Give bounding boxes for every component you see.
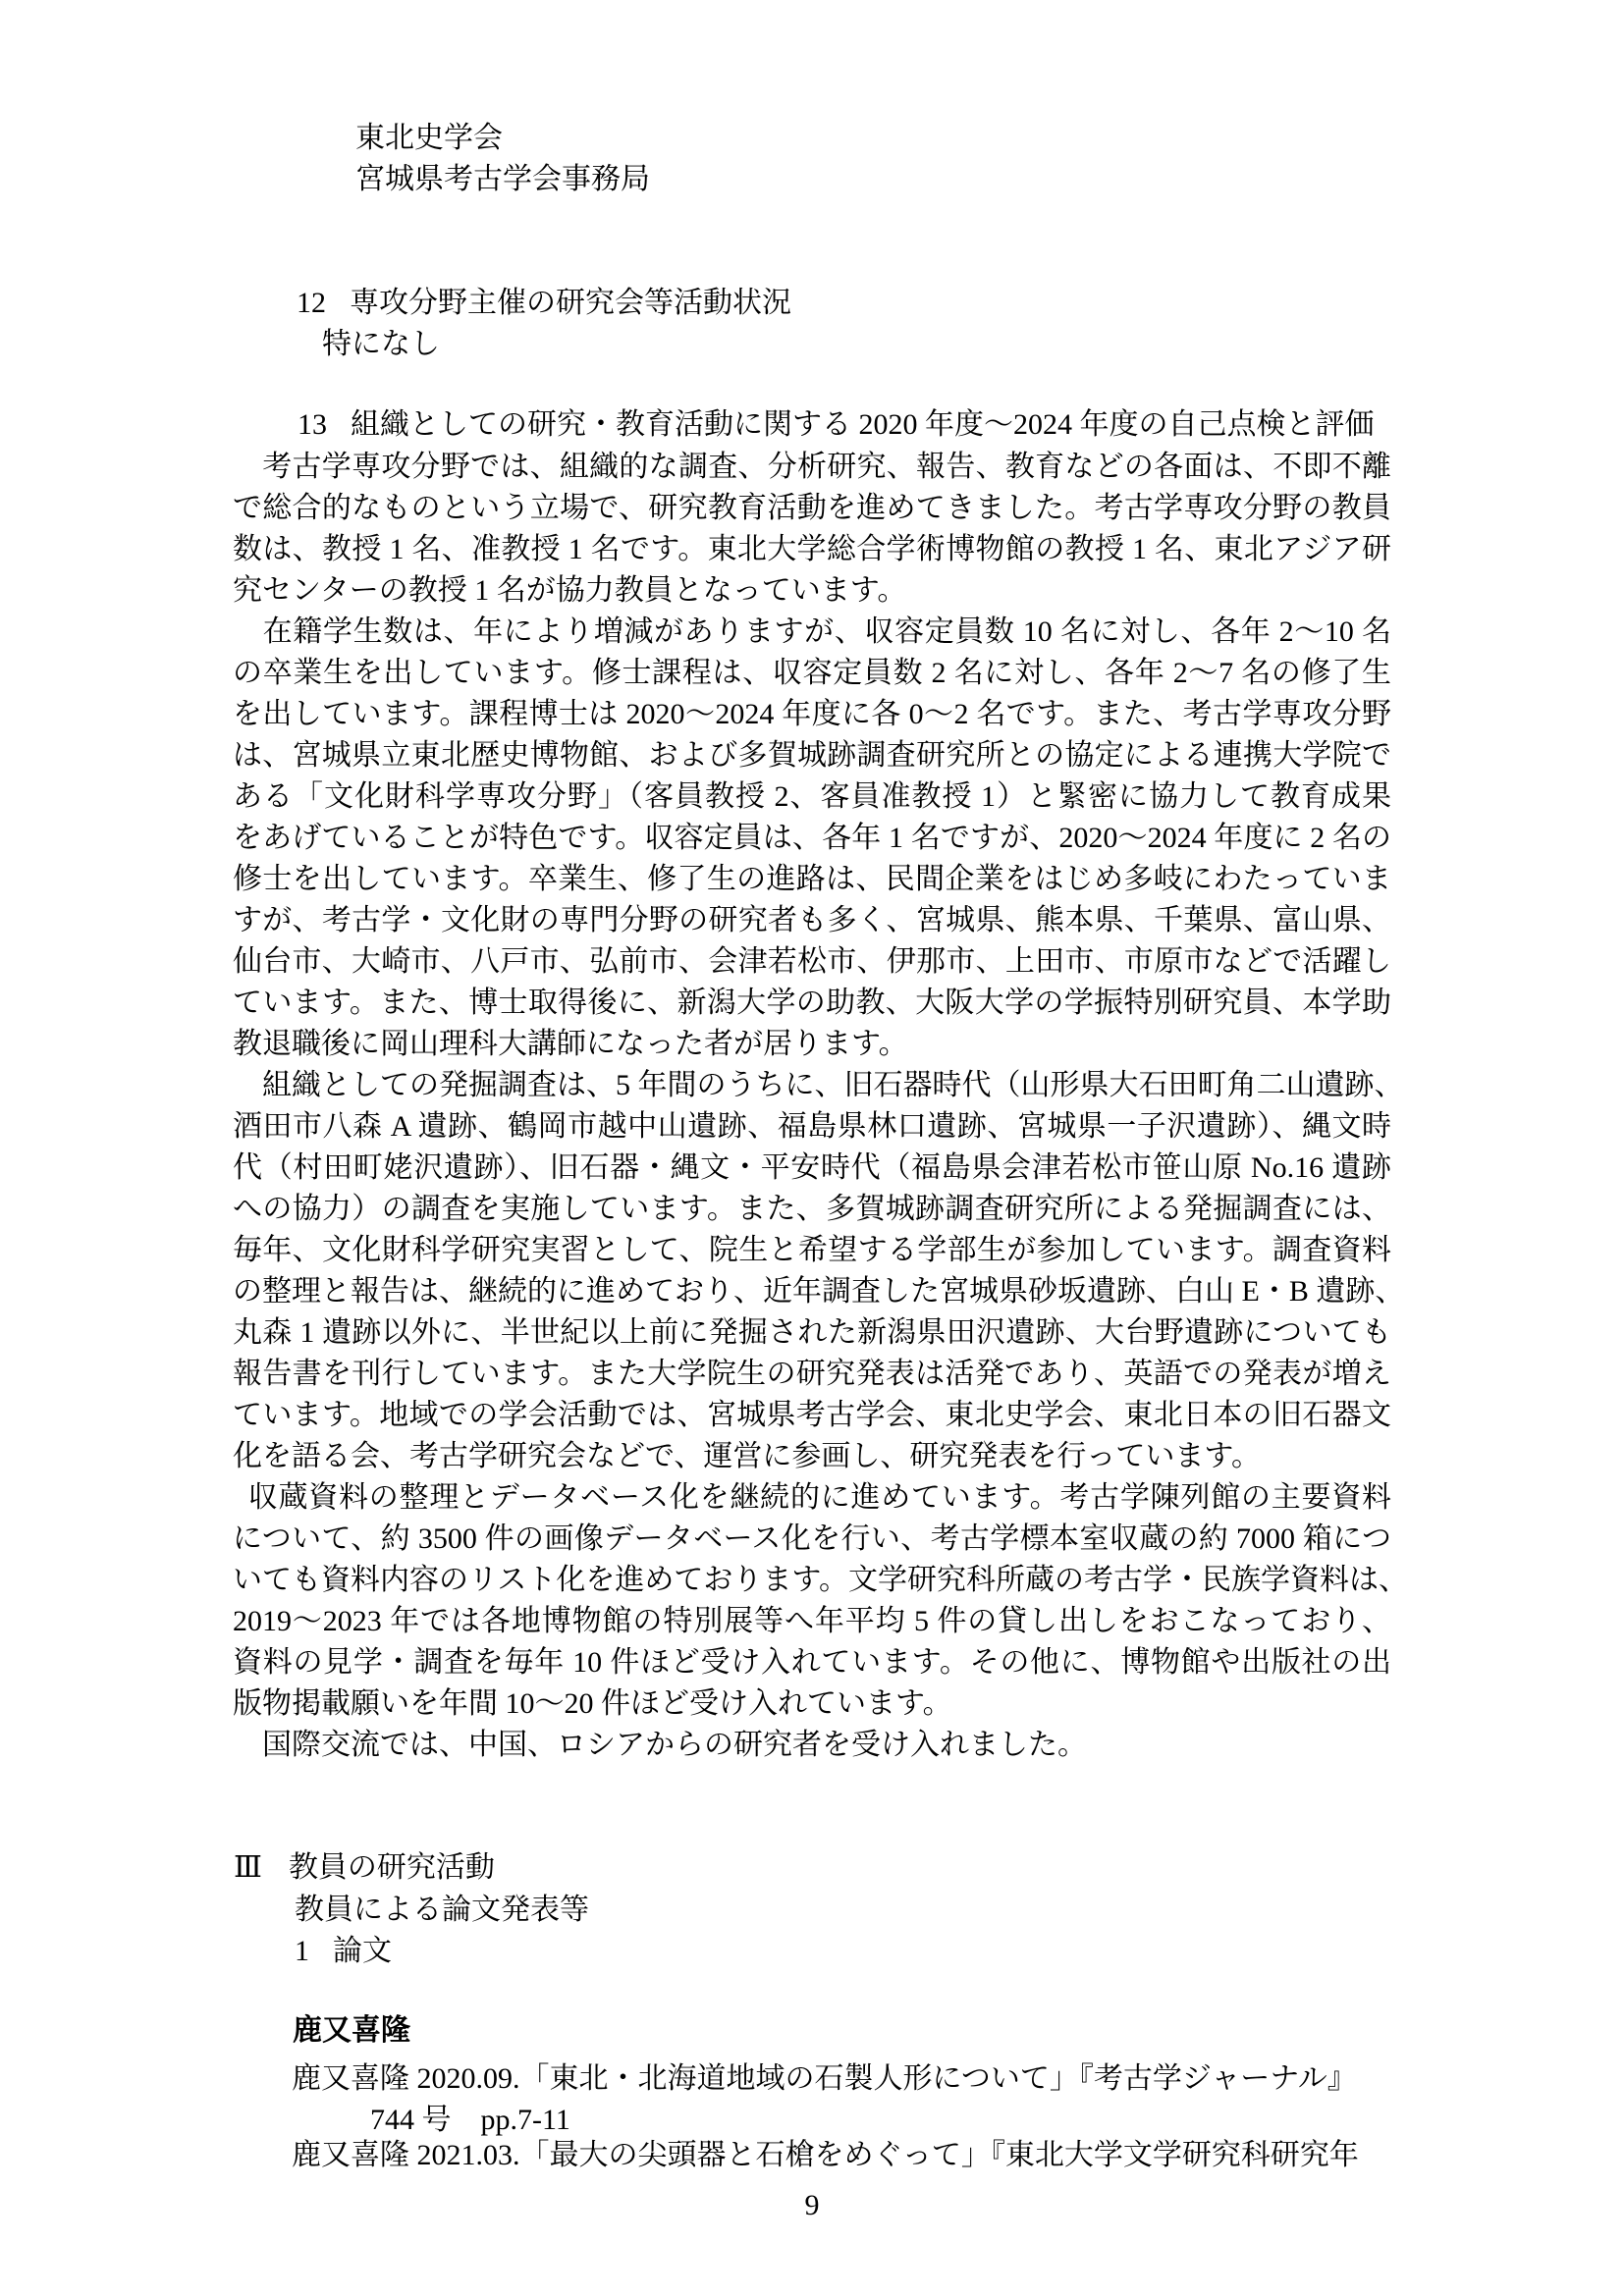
text-line: 東北史学会	[355, 118, 650, 159]
text-line: 化を語る会、考古学研究会などで、運営に参画し、研究発表を行っています。	[233, 1436, 1391, 1477]
citation-entry-2: 鹿又喜隆 2021.03.「最大の尖頭器と石槍をめぐって」『東北大学文学研究科研…	[292, 2135, 1359, 2176]
text-line: を出しています。課程博士は 2020～2024 年度に各 0～2 名です。また、…	[233, 694, 1391, 735]
text-line: について、約 3500 件の画像データベース化を行い、考古学標本室収蔵の約 70…	[233, 1519, 1391, 1560]
text-line: 究センターの教授 1 名が協力教員となっています。	[233, 570, 1391, 612]
text-line: 組織としての発掘調査は、5 年間のうちに、旧石器時代（山形県大石田町角二山遺跡、	[233, 1065, 1391, 1106]
text-line: 修士を出しています。卒業生、修了生の進路は、民間企業をはじめ多岐にわたっていま	[233, 859, 1391, 900]
document-page: 東北史学会宮城県考古学会事務局 12専攻分野主催の研究会等活動状況 特になし 1…	[0, 0, 1624, 2296]
author-name: 鹿又喜隆	[293, 2010, 410, 2052]
text-line: 版物掲載願いを年間 10～20 件ほど受け入れています。	[233, 1683, 1391, 1725]
text-line: 考古学専攻分野では、組織的な調査、分析研究、報告、教育などの各面は、不即不離	[233, 447, 1391, 488]
subsection-1-title: 論文	[333, 1935, 392, 1967]
section-13-body: 考古学専攻分野では、組織的な調査、分析研究、報告、教育などの各面は、不即不離で総…	[233, 447, 1391, 1766]
text-line: 教退職後に岡山理科大講師になった者が居ります。	[233, 1024, 1391, 1065]
section-3-heading: Ⅲ教員の研究活動	[234, 1847, 495, 1889]
text-line: の整理と報告は、継続的に進めており、近年調査した宮城県砂坂遺跡、白山 E・B 遺…	[233, 1271, 1391, 1312]
text-line: 収蔵資料の整理とデータベース化を継続的に進めています。考古学陳列館の主要資料	[233, 1477, 1391, 1519]
section-12-body: 特になし	[322, 324, 440, 365]
text-line: ある「文化財科学専攻分野」（客員教授 2、客員准教授 1）と緊密に協力して教育成…	[233, 776, 1391, 818]
text-line: いても資料内容のリスト化を進めております。文学研究科所蔵の考古学・民族学資料は、	[233, 1560, 1391, 1601]
text-line: ています。地域での学会活動では、宮城県考古学会、東北史学会、東北日本の旧石器文	[233, 1395, 1391, 1436]
text-line: すが、考古学・文化財の専門分野の研究者も多く、宮城県、熊本県、千葉県、富山県、	[233, 900, 1391, 941]
sender-block: 東北史学会宮城県考古学会事務局	[355, 118, 650, 200]
section-12-heading: 12専攻分野主催の研究会等活動状況	[297, 283, 791, 324]
text-line: 数は、教授 1 名、准教授 1 名です。東北大学総合学術博物館の教授 1 名、東…	[233, 529, 1391, 570]
section-13-number: 13	[298, 408, 327, 441]
section-12-title: 専攻分野主催の研究会等活動状況	[350, 287, 791, 319]
text-line: 宮城県考古学会事務局	[355, 159, 650, 200]
text-line: への協力）の調査を実施しています。また、多賀城跡調査研究所による発掘調査には、	[233, 1189, 1391, 1230]
section-13-heading: 13組織としての研究・教育活動に関する 2020 年度～2024 年度の自己点検…	[298, 404, 1375, 446]
text-line: 資料の見学・調査を毎年 10 件ほど受け入れています。その他に、博物館や出版社の…	[233, 1642, 1391, 1683]
subsection-1-heading: 1論文	[295, 1931, 392, 1972]
text-line: 2019～2023 年では各地博物館の特別展等へ年平均 5 件の貸し出しをおこな…	[233, 1601, 1391, 1642]
text-line: 仙台市、大崎市、八戸市、弘前市、会津若松市、伊那市、上田市、市原市などで活躍し	[233, 941, 1391, 983]
citation-entry-1: 鹿又喜隆 2020.09.「東北・北海道地域の石製人形について」『考古学ジャーナ…	[292, 2058, 1357, 2141]
text-line: ています。また、博士取得後に、新潟大学の助教、大阪大学の学振特別研究員、本学助	[233, 983, 1391, 1024]
text-line: 鹿又喜隆 2020.09.「東北・北海道地域の石製人形について」『考古学ジャーナ…	[292, 2058, 1357, 2100]
text-line: 酒田市八森 A 遺跡、鶴岡市越中山遺跡、福島県林口遺跡、宮城県一子沢遺跡）、縄文…	[233, 1106, 1391, 1148]
text-line: 代（村田町姥沢遺跡）、旧石器・縄文・平安時代（福島県会津若松市笹山原 No.16…	[233, 1148, 1391, 1189]
subsection-1-number: 1	[295, 1935, 309, 1967]
page-number: 9	[0, 2185, 1624, 2226]
text-line: 丸森 1 遺跡以外に、半世紀以上前に発掘された新潟県田沢遺跡、大台野遺跡について…	[233, 1312, 1391, 1354]
text-line: の卒業生を出しています。修士課程は、収容定員数 2 名に対し、各年 2～7 名の…	[233, 653, 1391, 694]
text-line: 報告書を刊行しています。また大学院生の研究発表は活発であり、英語での発表が増え	[233, 1354, 1391, 1395]
text-line: 在籍学生数は、年により増減がありますが、収容定員数 10 名に対し、各年 2～1…	[233, 612, 1391, 653]
text-line: 毎年、文化財科学研究実習として、院生と希望する学部生が参加しています。調査資料	[233, 1230, 1391, 1271]
section-3-title: 教員の研究活動	[289, 1851, 495, 1884]
text-line: 鹿又喜隆 2021.03.「最大の尖頭器と石槍をめぐって」『東北大学文学研究科研…	[292, 2135, 1359, 2176]
text-line: で総合的なものという立場で、研究教育活動を進めてきました。考古学専攻分野の教員	[233, 488, 1391, 529]
text-line: 国際交流では、中国、ロシアからの研究者を受け入れました。	[233, 1725, 1391, 1766]
section-3-subtitle: 教員による論文発表等	[295, 1890, 589, 1931]
section-12-number: 12	[297, 287, 326, 319]
text-line: をあげていることが特色です。収容定員は、各年 1 名ですが、2020～2024 …	[233, 818, 1391, 859]
text-line: は、宮城県立東北歴史博物館、および多賀城跡調査研究所との協定による連携大学院で	[233, 735, 1391, 776]
section-13-title: 組織としての研究・教育活動に関する 2020 年度～2024 年度の自己点検と評…	[351, 408, 1375, 441]
section-3-numeral: Ⅲ	[234, 1851, 262, 1884]
